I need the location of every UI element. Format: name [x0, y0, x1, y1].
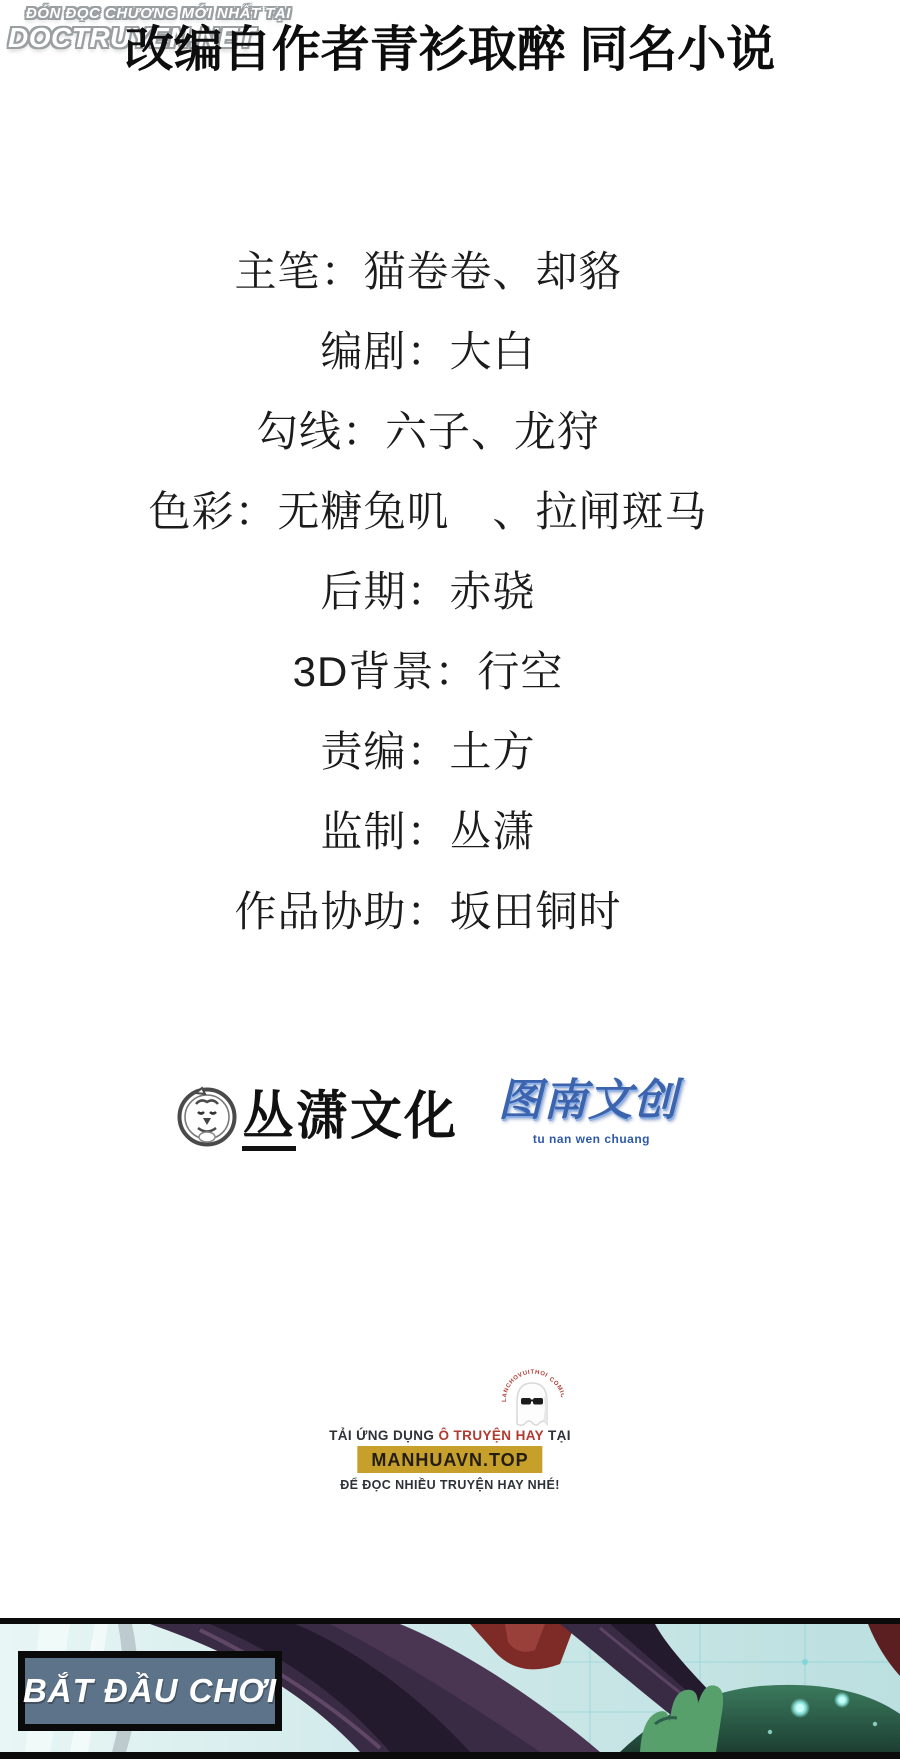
- tunan-logo-cn: 图南文创: [498, 1072, 650, 1130]
- promo-line-download: TẢI ỨNG DỤNG Ô TRUYỆN HAY TẠI: [0, 1428, 900, 1443]
- page-title: 改编自作者青衫取醉 同名小说: [0, 22, 900, 78]
- game-banner: BẮT ĐẦU CHƠI: [0, 1618, 900, 1759]
- mascot-badge-icon: [176, 1086, 238, 1148]
- ghost-arc-text-right: COMIC: [548, 1377, 564, 1399]
- tunan-wenchuang-logo: 图南文创 tu nan wen chuang: [498, 1072, 650, 1146]
- credit-line-supervisor: 监制：丛潇: [0, 808, 878, 856]
- promo-site-badge[interactable]: MANHUAVN.TOP: [357, 1446, 542, 1473]
- credit-line-script: 编剧：大白: [0, 328, 878, 376]
- credit-line-assist: 作品协助：坂田铜时: [0, 888, 878, 936]
- promo-line-slogan: ĐỂ ĐỌC NHIỀU TRUYỆN HAY NHÉ!: [0, 1478, 900, 1492]
- credit-line-editor: 责编：土方: [0, 728, 878, 776]
- congxiao-logo-text: 丛潇文化: [242, 1086, 458, 1148]
- comic-credits-page: ĐÓN ĐỌC CHƯƠNG MỚI NHẤT TẠI DOCTRUYEN.NE…: [0, 0, 900, 1759]
- credit-line-3d-bg: 3D背景：行空: [0, 648, 878, 696]
- credit-line-color: 色彩：无糖兔叽 、拉闸斑马: [0, 488, 878, 536]
- ghost-mascot-icon: LANCHOVUITHOI COMIC: [500, 1368, 564, 1432]
- promo-prefix: TẢI ỨNG DỤNG: [329, 1428, 438, 1443]
- start-play-button[interactable]: BẮT ĐẦU CHƠI: [18, 1651, 282, 1731]
- congxiao-logo-rest: 潇文化: [296, 1088, 458, 1146]
- congxiao-logo-first-char: 丛: [242, 1088, 296, 1151]
- credit-line-artist: 主笔：猫卷卷、却貉: [0, 248, 878, 296]
- credit-line-postprod: 后期：赤骁: [0, 568, 878, 616]
- tunan-logo-latin: tu nan wen chuang: [498, 1132, 650, 1146]
- congxiao-culture-logo: 丛潇文化: [176, 1086, 458, 1148]
- svg-text:COMIC: COMIC: [548, 1377, 564, 1399]
- watermark-tagline: ĐÓN ĐỌC CHƯƠNG MỚI NHẤT TẠI: [26, 6, 291, 22]
- credit-line-lineart: 勾线：六子、龙狩: [0, 408, 878, 456]
- credits-list: 主笔：猫卷卷、却貉 编剧：大白 勾线：六子、龙狩 色彩：无糖兔叽 、拉闸斑马 后…: [0, 248, 878, 968]
